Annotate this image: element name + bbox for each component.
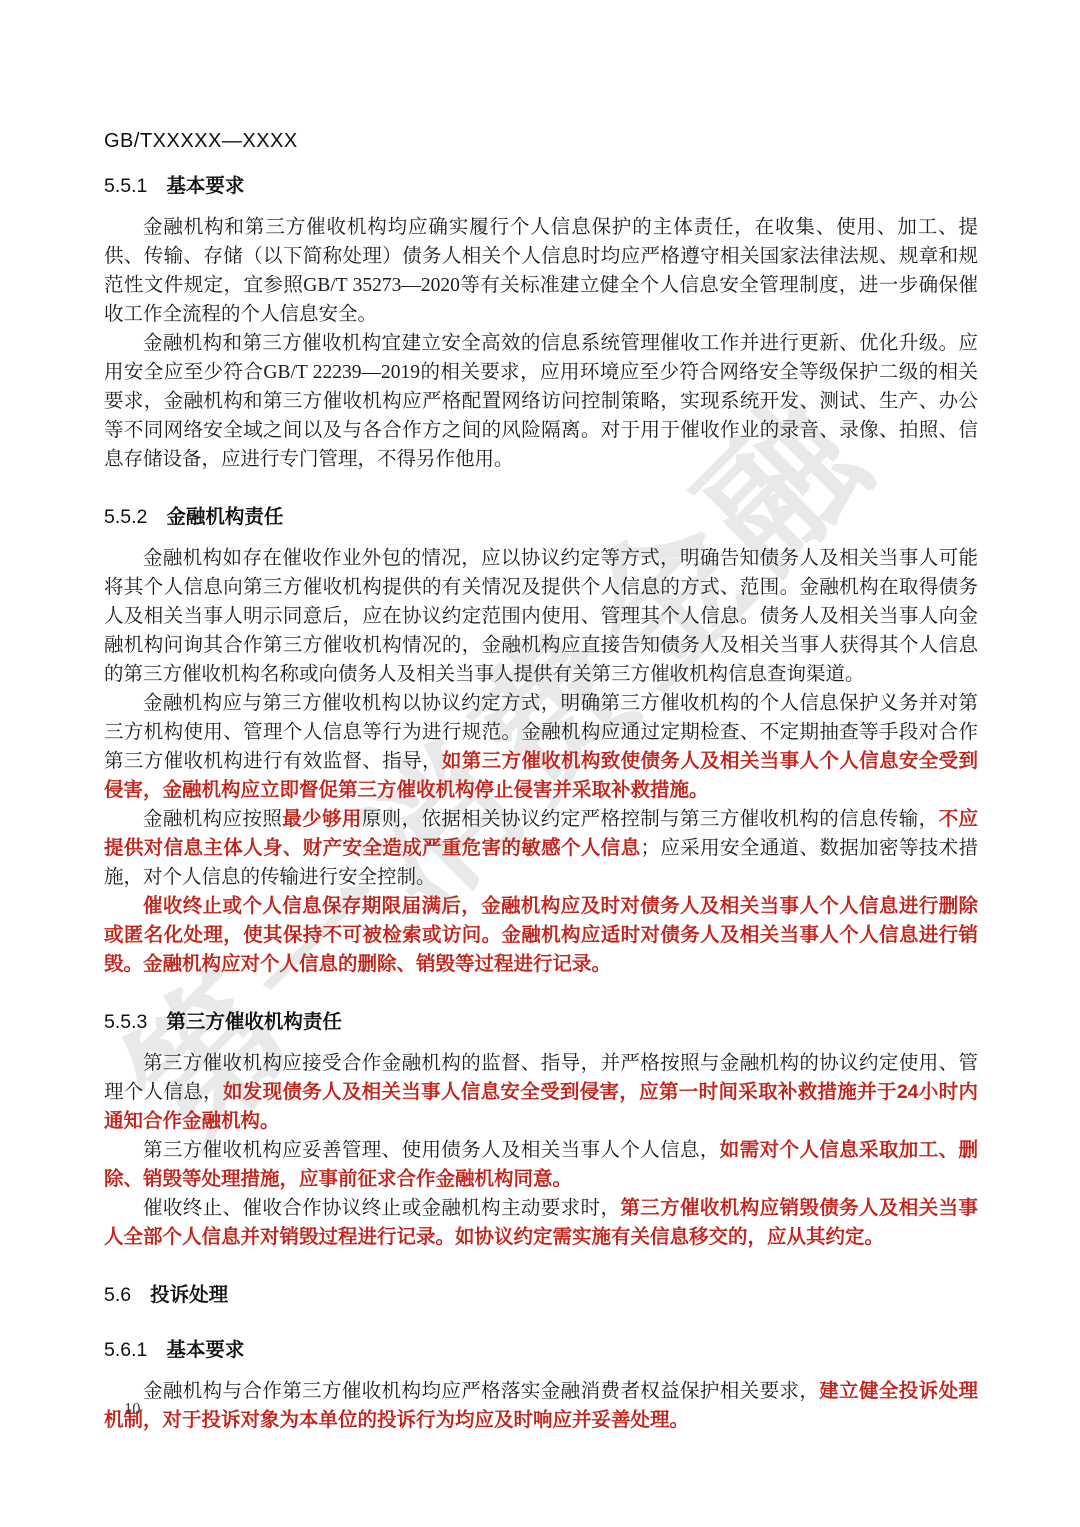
paragraph: 第三方催收机构应妥善管理、使用债务人及相关当事人个人信息，如需对个人信息采取加工… bbox=[104, 1136, 978, 1194]
page-content: GB/TXXXXX—XXXX 5.5.1基本要求金融机构和第三方催收机构均应确实… bbox=[0, 0, 1080, 1435]
section-number: 5.5.3 bbox=[104, 1011, 147, 1033]
document-body: 5.5.1基本要求金融机构和第三方催收机构均应确实履行个人信息保护的主体责任，在… bbox=[104, 170, 978, 1435]
section-title: 基本要求 bbox=[166, 1339, 244, 1361]
section-title: 金融机构责任 bbox=[166, 506, 283, 528]
section-title: 基本要求 bbox=[166, 175, 244, 197]
text-run-normal: 金融机构如存在催收作业外包的情况，应以协议约定等方式，明确告知债务人及相关当事人… bbox=[104, 548, 978, 685]
page-number: 10 bbox=[124, 1399, 141, 1419]
section-heading: 5.6投诉处理 bbox=[104, 1279, 978, 1307]
paragraph: 金融机构和第三方催收机构宜建立安全高效的信息系统管理催收工作并进行更新、优化升级… bbox=[104, 329, 978, 474]
text-run-normal: 金融机构与合作第三方催收机构均应严格落实金融消费者权益保护相关要求， bbox=[143, 1381, 819, 1402]
section-title: 投诉处理 bbox=[150, 1284, 228, 1306]
text-run-normal: 第三方催收机构应妥善管理、使用债务人及相关当事人个人信息， bbox=[143, 1140, 720, 1161]
paragraph: 金融机构应按照最少够用原则，依据相关协议约定严格控制与第三方催收机构的信息传输，… bbox=[104, 805, 978, 892]
paragraph: 催收终止或个人信息保存期限届满后，金融机构应及时对债务人及相关当事人个人信息进行… bbox=[104, 892, 978, 979]
paragraph: 金融机构和第三方催收机构均应确实履行个人信息保护的主体责任，在收集、使用、加工、… bbox=[104, 213, 978, 329]
text-run-red: 催收终止或个人信息保存期限届满后，金融机构应及时对债务人及相关当事人个人信息进行… bbox=[104, 895, 978, 975]
paragraph: 金融机构如存在催收作业外包的情况，应以协议约定等方式，明确告知债务人及相关当事人… bbox=[104, 544, 978, 689]
section-heading: 5.5.2金融机构责任 bbox=[104, 501, 978, 529]
text-run-normal: 金融机构和第三方催收机构均应确实履行个人信息保护的主体责任，在收集、使用、加工、… bbox=[104, 217, 978, 325]
section-heading: 5.5.3第三方催收机构责任 bbox=[104, 1006, 978, 1034]
section-number: 5.5.2 bbox=[104, 506, 147, 528]
text-run-normal: 金融机构和第三方催收机构宜建立安全高效的信息系统管理催收工作并进行更新、优化升级… bbox=[104, 333, 978, 470]
text-run-normal: 原则，依据相关协议约定严格控制与第三方催收机构的信息传输， bbox=[362, 809, 939, 830]
paragraph: 催收终止、催收合作协议终止或金融机构主动要求时，第三方催收机构应销毁债务人及相关… bbox=[104, 1194, 978, 1252]
text-run-red: 最少够用 bbox=[282, 808, 362, 830]
paragraph: 金融机构与合作第三方催收机构均应严格落实金融消费者权益保护相关要求，建立健全投诉… bbox=[104, 1377, 978, 1435]
section-heading: 5.5.1基本要求 bbox=[104, 170, 978, 198]
section-number: 5.6.1 bbox=[104, 1339, 147, 1361]
section-number: 5.5.1 bbox=[104, 175, 147, 197]
text-run-normal: 催收终止、催收合作协议终止或金融机构主动要求时， bbox=[143, 1198, 620, 1219]
text-run-normal: 金融机构应按照 bbox=[143, 809, 282, 830]
section-number: 5.6 bbox=[104, 1284, 131, 1306]
document-page: 第一消费金融 GB/TXXXXX—XXXX 5.5.1基本要求金融机构和第三方催… bbox=[0, 0, 1080, 1527]
paragraph: 第三方催收机构应接受合作金融机构的监督、指导，并严格按照与金融机构的协议约定使用… bbox=[104, 1049, 978, 1136]
paragraph: 金融机构应与第三方催收机构以协议约定方式，明确第三方催收机构的个人信息保护义务并… bbox=[104, 689, 978, 805]
text-run-red: 如发现债务人及相关当事人信息安全受到侵害，应第一时间采取补救措施并于24小时内通… bbox=[104, 1081, 978, 1132]
section-heading: 5.6.1基本要求 bbox=[104, 1334, 978, 1362]
section-title: 第三方催收机构责任 bbox=[166, 1011, 342, 1033]
standard-number-header: GB/TXXXXX—XXXX bbox=[104, 130, 978, 153]
